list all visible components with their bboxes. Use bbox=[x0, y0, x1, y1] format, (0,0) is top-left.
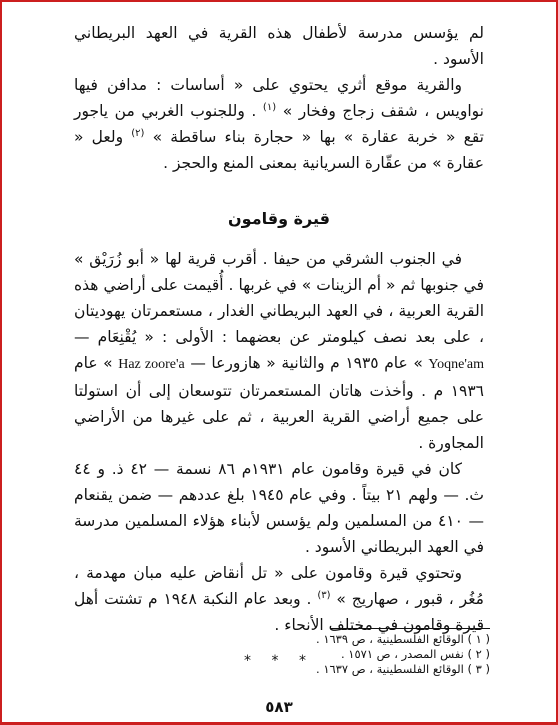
footnote-2: ( ٢ ) نفس المصدر ، ص ١٥٧١ . bbox=[250, 647, 490, 662]
section-p1-text-a: في الجنوب الشرقي من حيفا . أقرب قرية لها… bbox=[74, 250, 484, 346]
footnote-ref-2[interactable]: (٢) bbox=[131, 128, 144, 139]
latin-name-2: Haz zoore'a bbox=[118, 357, 185, 372]
intro-line: لم يؤسس مدرسة لأطفال هذه القرية في العهد… bbox=[74, 20, 484, 72]
section-p1-text-b: » عام ١٩٣٥ م والثانية « هازورعا — bbox=[190, 354, 423, 372]
footnote-3: ( ٣ ) الوقائع الفلسطينية ، ص ١٦٣٧ . bbox=[250, 662, 490, 677]
page-body: لم يؤسس مدرسة لأطفال هذه القرية في العهد… bbox=[74, 20, 484, 678]
section-paragraph-2: كان في قيرة وقامون عام ١٩٣١م ٨٦ نسمة — ٤… bbox=[74, 456, 484, 560]
footnote-text: الوقائع الفلسطينية ، ص ١٦٣٧ . bbox=[316, 662, 464, 676]
footnote-marker: ( ٣ ) bbox=[468, 662, 491, 676]
section-title: قيرة وقامون bbox=[74, 206, 484, 232]
footnote-marker: ( ١ ) bbox=[468, 632, 491, 646]
footnote-marker: ( ٢ ) bbox=[468, 647, 491, 661]
footnote-ref-3[interactable]: (٣) bbox=[317, 590, 330, 601]
section-paragraph-3: وتحتوي قيرة وقامون على « تل أنقاض عليه م… bbox=[74, 560, 484, 638]
intro-paragraph: والقرية موقع أثري يحتوي على « أساسات : م… bbox=[74, 72, 484, 176]
footnote-text: نفس المصدر ، ص ١٥٧١ . bbox=[341, 647, 464, 661]
page-number: ٥٨٣ bbox=[0, 698, 558, 716]
footnote-ref-1[interactable]: (١) bbox=[263, 102, 276, 113]
intro-line-text: لم يؤسس مدرسة لأطفال هذه القرية في العهد… bbox=[74, 24, 484, 68]
section-paragraph-1: في الجنوب الشرقي من حيفا . أقرب قرية لها… bbox=[74, 246, 484, 456]
footnote-text: الوقائع الفلسطينية ، ص ١٦٣٩ . bbox=[316, 632, 464, 646]
section-p2-text: كان في قيرة وقامون عام ١٩٣١م ٨٦ نسمة — ٤… bbox=[74, 460, 484, 556]
footnotes: ( ١ ) الوقائع الفلسطينية ، ص ١٦٣٩ . ( ٢ … bbox=[250, 632, 490, 677]
footnote-divider bbox=[330, 628, 490, 629]
footnote-1: ( ١ ) الوقائع الفلسطينية ، ص ١٦٣٩ . bbox=[250, 632, 490, 647]
latin-name-1: Yoqne'am bbox=[428, 357, 484, 372]
